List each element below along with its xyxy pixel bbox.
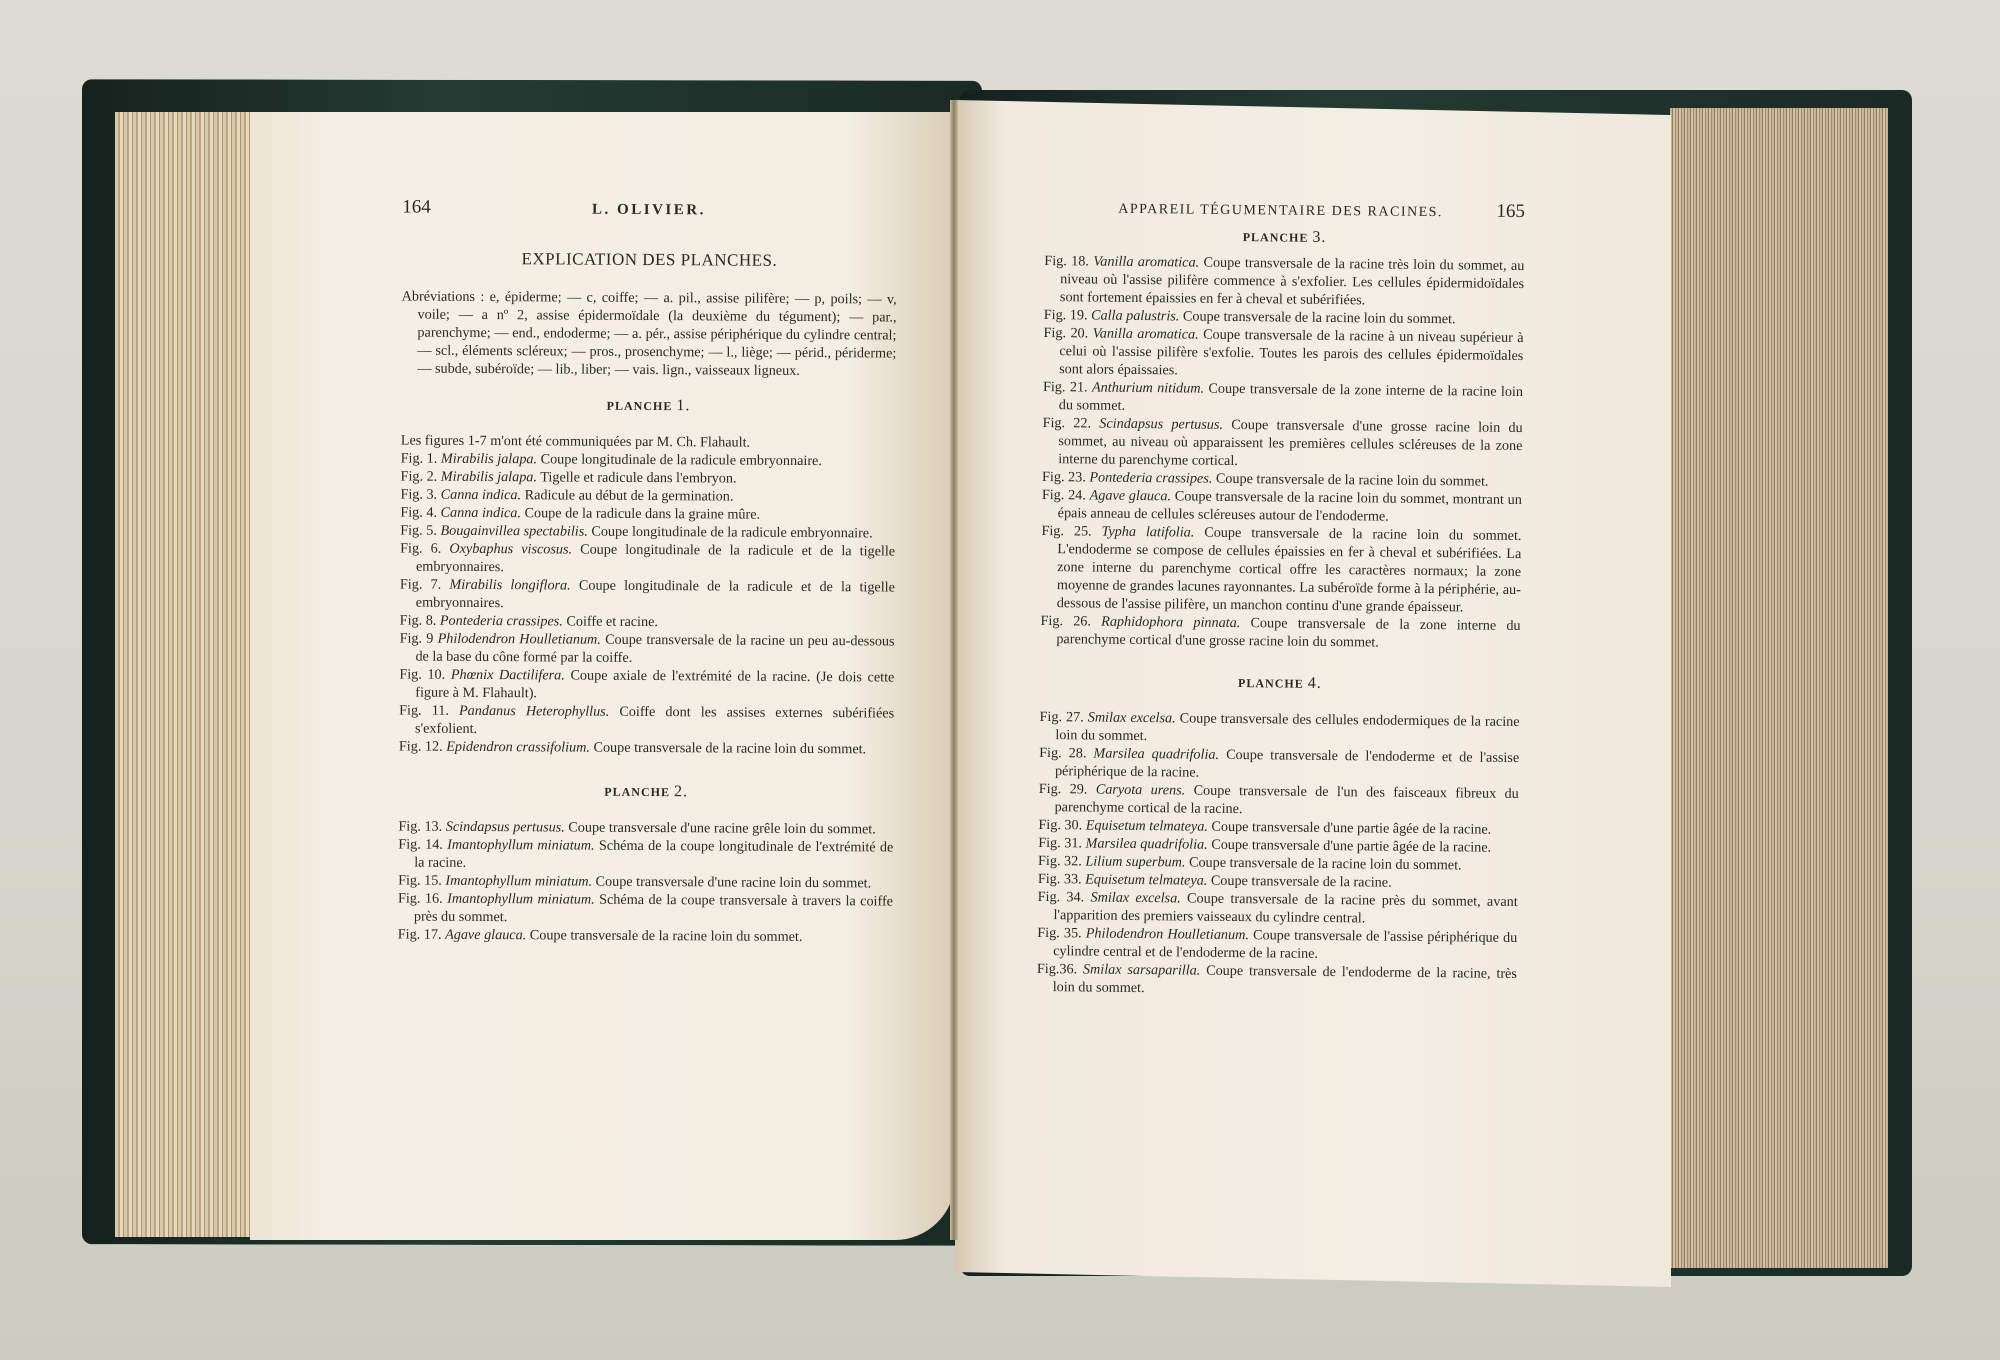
figure-number: Fig. 2. <box>401 468 438 484</box>
figure-number: Fig. 3. <box>400 486 437 502</box>
right-page-header: APPAREIL TÉGUMENTAIRE DES RACINES. 165 <box>1045 198 1525 223</box>
figure-number: Fig. 28. <box>1039 745 1086 761</box>
figure-caption: Fig. 16. Imantophyllum miniatum. Schéma … <box>398 889 893 928</box>
figure-caption: Fig. 6. Oxybaphus viscosus. Coupe longit… <box>400 539 895 578</box>
planche-number: 1. <box>676 397 690 414</box>
species-name: Mirabilis jalapa. <box>441 469 537 486</box>
species-name: Pontederia crassipes. <box>440 613 563 630</box>
species-name: Pandanus Heterophyllus. <box>459 703 609 720</box>
figure-caption: Fig. 24. Agave glauca. Coupe transversal… <box>1042 486 1522 527</box>
figure-caption: Fig. 35. Philodendron Houlletianum. Coup… <box>1037 924 1517 965</box>
figure-caption: Fig. 29. Caryota urens. Coupe transversa… <box>1039 780 1519 821</box>
running-head: APPAREIL TÉGUMENTAIRE DES RACINES. <box>1118 201 1443 222</box>
figure-description: Radicule au début de la germination. <box>525 487 734 504</box>
species-name: Scindapsus pertusus. <box>446 819 565 836</box>
figure-caption: Fig. 20. Vanilla aromatica. Coupe transv… <box>1043 324 1524 383</box>
planche-number: 4. <box>1308 675 1322 692</box>
planche-label: PLANCHE <box>1243 230 1309 245</box>
figure-number: Fig. 32. <box>1038 853 1082 869</box>
figure-caption: Fig. 25. Typha latifolia. Coupe transver… <box>1041 522 1522 617</box>
figure-number: Fig. 34. <box>1038 889 1085 905</box>
right-page-text: APPAREIL TÉGUMENTAIRE DES RACINES. 165 P… <box>1037 198 1525 1001</box>
planche-3-figures: Fig. 18. Vanilla aromatica. Coupe transv… <box>1040 252 1524 653</box>
species-name: Vanilla aromatica. <box>1093 254 1199 271</box>
figure-number: Fig. 21. <box>1043 379 1088 395</box>
figure-description: Coupe transversale de la racine loin du … <box>1216 471 1489 490</box>
figure-number: Fig. 24. <box>1042 487 1086 503</box>
species-name: Caryota urens. <box>1096 782 1186 799</box>
figure-number: Fig. 1. <box>401 450 438 466</box>
species-name: Phœnix Dactilifera. <box>451 667 565 684</box>
figure-number: Fig. 31. <box>1038 835 1082 851</box>
figure-number: Fig. 12. <box>399 738 443 754</box>
planche-label: PLANCHE <box>604 785 670 799</box>
figure-number: Fig. 4. <box>400 504 437 520</box>
figure-description: Coupe transversale d'une partie âgée de … <box>1211 819 1491 838</box>
figure-number: Fig. 23. <box>1042 469 1086 485</box>
figure-number: Fig. 11. <box>399 702 449 718</box>
species-name: Calla palustris. <box>1091 307 1179 324</box>
species-name: Pontederia crassipes. <box>1089 469 1212 486</box>
figure-number: Fig. 27. <box>1039 709 1083 725</box>
figure-caption: Fig. 17. Agave glauca. Coupe transversal… <box>398 925 893 946</box>
figure-description: Tigelle et radicule dans l'embryon. <box>540 469 736 486</box>
species-name: Smilax excelsa. <box>1088 709 1176 726</box>
figure-caption: Fig. 26. Raphidophora pinnata. Coupe tra… <box>1040 612 1520 653</box>
figure-number: Fig. 26. <box>1040 613 1091 630</box>
figure-number: Fig. 33. <box>1038 871 1082 887</box>
figure-description: Coupe transversale de la racine loin du … <box>530 927 803 945</box>
figure-caption: Fig. 10. Phœnix Dactilifera. Coupe axial… <box>399 665 894 704</box>
species-name: Canna indica. <box>441 487 522 503</box>
figure-number: Fig. 30. <box>1038 817 1082 833</box>
species-name: Anthurium nitidum. <box>1092 380 1204 397</box>
figure-description: Coupe transversale d'une racine grêle lo… <box>568 820 876 838</box>
species-name: Marsilea quadrifolia. <box>1085 835 1207 852</box>
species-name: Epidendron crassifolium. <box>446 739 590 756</box>
abbreviations-paragraph: Abréviations : e, épiderme; — c, coiffe;… <box>401 287 897 380</box>
planche-number: 3. <box>1312 229 1326 246</box>
species-name: Vanilla aromatica. <box>1093 326 1199 343</box>
figure-number: Fig. 17. <box>398 926 442 942</box>
figure-description: Coupe de la radicule dans la graine mûre… <box>524 505 760 522</box>
figure-caption: Fig. 28. Marsilea quadrifolia. Coupe tra… <box>1039 744 1519 785</box>
species-name: Equisetum telmateya. <box>1085 871 1207 888</box>
species-name: Agave glauca. <box>445 927 526 943</box>
figure-number: Fig. 14. <box>398 836 443 852</box>
planche-4-figures: Fig. 27. Smilax excelsa. Coupe transvers… <box>1037 708 1520 1001</box>
species-name: Scindapsus pertusus. <box>1099 416 1223 433</box>
planche-label: PLANCHE <box>1238 676 1304 691</box>
figure-description: Coupe transversale d'une racine loin du … <box>596 874 872 892</box>
planche-2-heading: PLANCHE 2. <box>399 781 894 802</box>
figure-number: Fig. 15. <box>398 872 442 888</box>
figure-number: Fig. 19. <box>1044 307 1088 323</box>
species-name: Mirabilis longiflora. <box>449 577 570 594</box>
figure-description: Coupe longitudinale de la radicule embry… <box>591 524 872 542</box>
figure-caption: Fig. 9 Philodendron Houlletianum. Coupe … <box>399 629 894 668</box>
species-name: Imantophyllum miniatum. <box>445 873 592 890</box>
species-name: Smilax sarsaparilla. <box>1083 961 1201 978</box>
species-name: Canna indica. <box>441 505 522 521</box>
figure-caption: Fig. 18. Vanilla aromatica. Coupe transv… <box>1044 252 1525 311</box>
species-name: Philodendron Houlletianum. <box>438 631 601 648</box>
planche-3-heading: PLANCHE 3. <box>1045 226 1525 249</box>
figure-description: Coupe transversale de la racine loin du … <box>593 740 866 758</box>
figure-number: Fig. 8. <box>400 612 437 628</box>
section-title: EXPLICATION DES PLANCHES. <box>402 249 897 270</box>
species-name: Equisetum telmateya. <box>1086 817 1208 834</box>
figure-number: Fig. 18. <box>1044 253 1089 269</box>
species-name: Agave glauca. <box>1090 487 1172 504</box>
figure-caption: Fig. 11. Pandanus Heterophyllus. Coiffe … <box>399 701 894 740</box>
planche-4-heading: PLANCHE 4. <box>1040 672 1520 695</box>
figure-caption: Fig. 14. Imantophyllum miniatum. Schéma … <box>398 835 893 874</box>
planche-label: PLANCHE <box>607 399 673 413</box>
running-head: L. OLIVIER. <box>592 201 706 220</box>
species-name: Imantophyllum miniatum. <box>447 891 595 908</box>
figure-number: Fig. 13. <box>398 818 442 834</box>
figure-description: Coupe transversale de la racine loin du … <box>1183 308 1456 327</box>
page-number: 165 <box>1496 203 1525 221</box>
figure-number: Fig. 9 <box>400 630 434 646</box>
figure-number: Fig. 10. <box>399 666 445 682</box>
figure-number: Fig.36. <box>1037 961 1077 977</box>
figure-caption: Fig.36. Smilax sarsaparilla. Coupe trans… <box>1037 960 1517 1001</box>
page-number: 164 <box>402 198 431 216</box>
figure-caption: Fig. 27. Smilax excelsa. Coupe transvers… <box>1039 708 1519 749</box>
figure-description: Coupe transversale de la racine loin du … <box>1189 855 1462 874</box>
figure-number: Fig. 6. <box>400 540 441 556</box>
left-page-header: 164 L. OLIVIER. <box>402 198 897 220</box>
figure-caption: Fig. 34. Smilax excelsa. Coupe transvers… <box>1037 888 1517 929</box>
figure-number: Fig. 22. <box>1043 415 1092 432</box>
page-edges-left <box>115 112 255 1237</box>
left-page-text: 164 L. OLIVIER. EXPLICATION DES PLANCHES… <box>398 198 898 946</box>
planche-1-figures: Fig. 1. Mirabilis jalapa. Coupe longitud… <box>399 449 896 758</box>
figure-description: Coupe longitudinale de la radicule embry… <box>541 451 822 469</box>
book-gutter <box>950 100 958 1240</box>
species-name: Typha latifolia. <box>1101 524 1194 541</box>
figure-number: Fig. 25. <box>1041 523 1091 540</box>
species-name: Raphidophora pinnata. <box>1101 614 1240 631</box>
figure-caption: Fig. 22. Scindapsus pertusus. Coupe tran… <box>1042 414 1523 473</box>
figure-number: Fig. 35. <box>1037 925 1081 941</box>
page-edges-right <box>1670 108 1888 1268</box>
figure-caption: Fig. 7. Mirabilis longiflora. Coupe long… <box>400 575 895 614</box>
figure-description: Coupe transversale de la racine. <box>1211 873 1392 891</box>
figure-number: Fig. 7. <box>400 576 441 592</box>
species-name: Marsilea quadrifolia. <box>1093 746 1219 763</box>
species-name: Smilax excelsa. <box>1090 890 1180 907</box>
species-name: Mirabilis jalapa. <box>441 451 537 468</box>
figure-number: Fig. 29. <box>1039 781 1088 798</box>
species-name: Imantophyllum miniatum. <box>447 837 594 854</box>
figure-number: Fig. 20. <box>1044 325 1089 341</box>
planche-1-heading: PLANCHE 1. <box>401 395 896 416</box>
figure-caption: Fig. 12. Epidendron crassifolium. Coupe … <box>399 737 894 758</box>
figure-number: Fig. 5. <box>400 522 437 538</box>
planche-2-figures: Fig. 13. Scindapsus pertusus. Coupe tran… <box>398 817 894 946</box>
figure-caption: Fig. 21. Anthurium nitidum. Coupe transv… <box>1043 378 1523 419</box>
species-name: Philodendron Houlletianum. <box>1086 925 1249 943</box>
species-name: Oxybaphus viscosus. <box>449 541 572 558</box>
figure-number: Fig. 16. <box>398 890 443 906</box>
figure-description: Coupe transversale d'une partie âgée de … <box>1211 837 1491 856</box>
figure-description: Coiffe et racine. <box>566 614 658 631</box>
species-name: Lilium superbum. <box>1085 853 1185 870</box>
species-name: Bougainvillea spectabilis. <box>440 523 587 540</box>
planche-number: 2. <box>674 783 688 800</box>
